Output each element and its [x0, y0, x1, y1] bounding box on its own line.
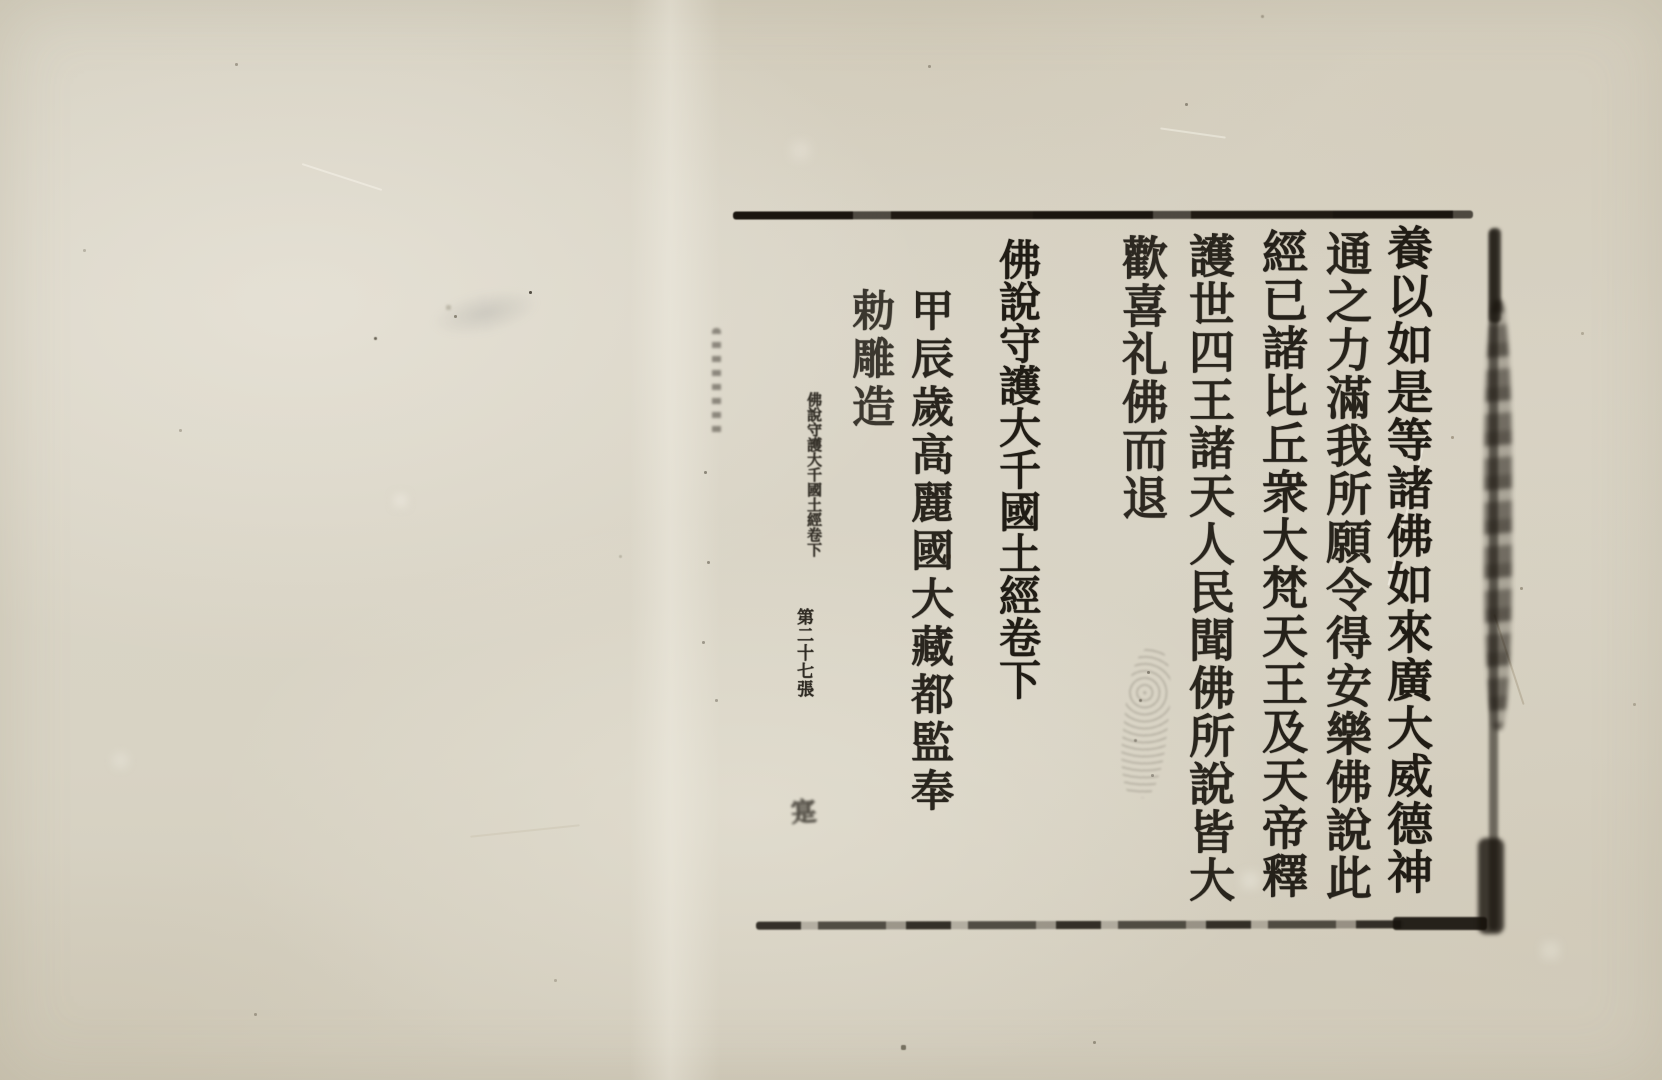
frame-left-border-remnant: [712, 328, 721, 438]
carver-mark: 寔: [782, 797, 821, 826]
body-column-5: 歡喜礼佛而退: [1109, 234, 1175, 522]
body-column-4: 護世四王諸天人民聞佛所說皆大: [1176, 232, 1242, 904]
colophon-edict-line: 勅雕造: [840, 288, 901, 432]
running-title-small: 佛說守護大千國土經卷下: [804, 392, 825, 557]
paper-specks-light: [0, 0, 1, 1]
body-column-2: 通之力滿我所願令得安樂佛說此: [1313, 230, 1379, 902]
colophon-date-line: 甲辰歲高麗國大藏都監奉: [899, 288, 960, 816]
body-column-1: 養以如是等諸佛如來廣大威德神: [1374, 224, 1440, 896]
frame-right-border-top: [1489, 228, 1501, 323]
sheet-number-label: 第二十七張: [791, 608, 816, 698]
sutra-sheet-scan: 養以如是等諸佛如來廣大威德神 通之力滿我所願令得安樂佛說此 經已諸比丘衆大梵天王…: [0, 0, 1662, 1080]
paper-crease: [630, 0, 720, 1080]
frame-top-border: [733, 210, 1473, 219]
frame-right-border-bottom: [1478, 838, 1504, 934]
frame-right-ink-blotch: [1484, 300, 1512, 730]
body-column-3: 經已諸比丘衆大梵天王及天帝釋: [1249, 228, 1315, 900]
frame-bottom-border: [756, 920, 1404, 929]
sutra-end-title: 佛說守護大千國土經卷下: [987, 238, 1047, 700]
frame-bottom-border-corner: [1393, 917, 1487, 930]
